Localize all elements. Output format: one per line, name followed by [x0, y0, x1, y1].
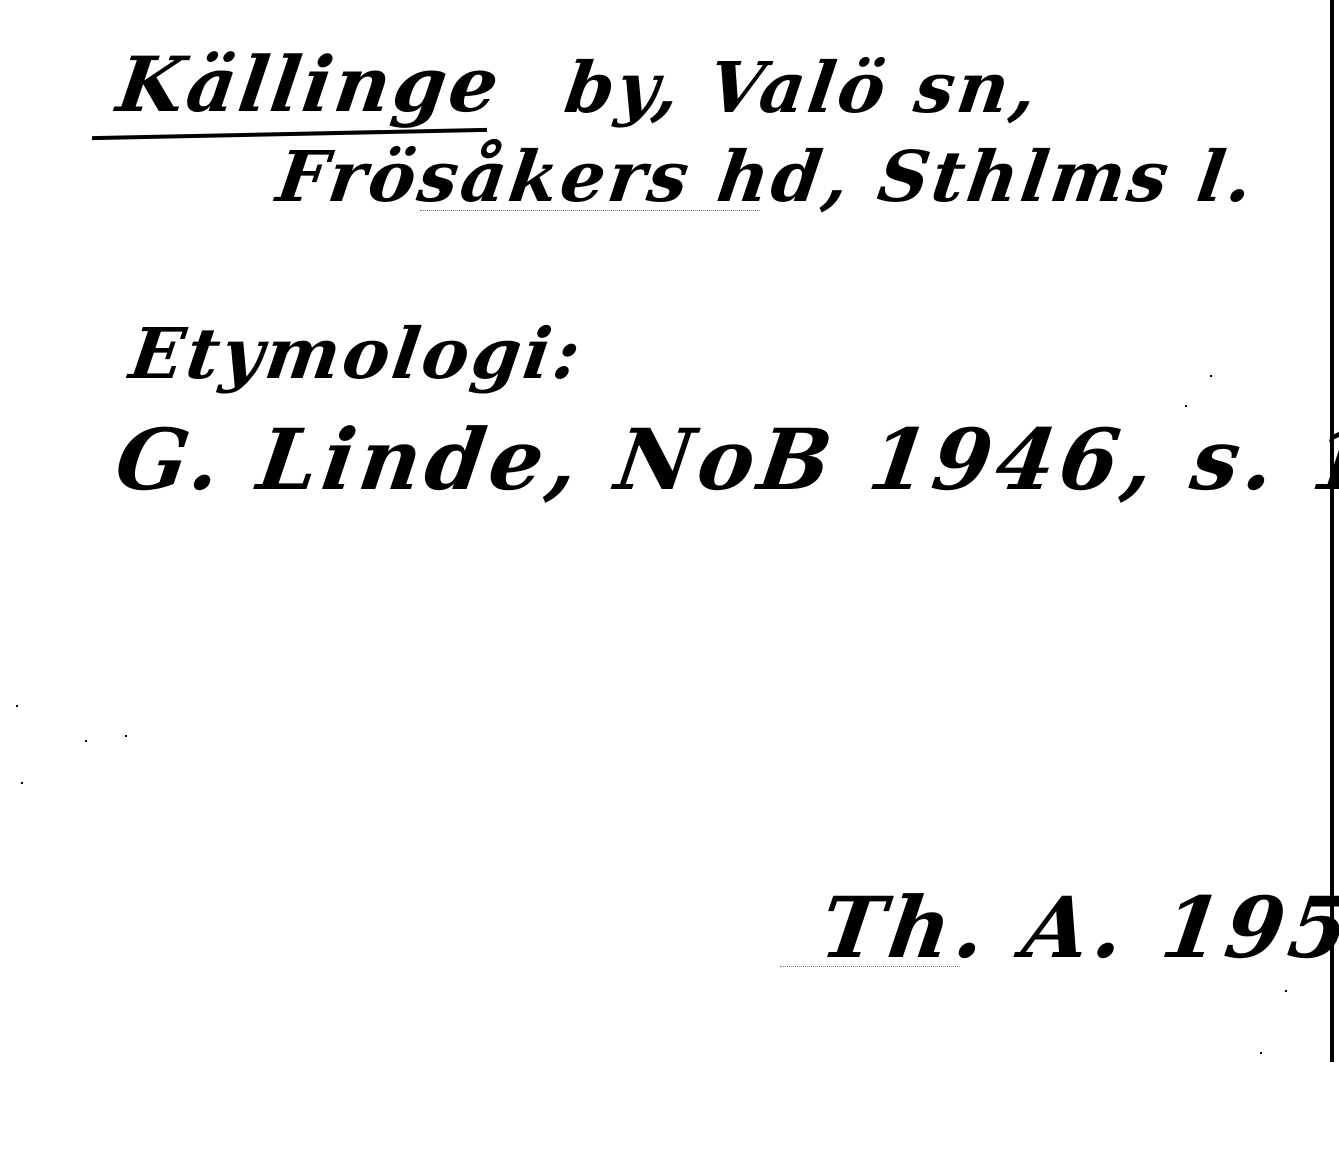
scan-speck	[1210, 375, 1212, 377]
place-name-heading: Källinge	[112, 40, 507, 129]
scan-speck	[1185, 405, 1187, 407]
scan-speck	[125, 735, 127, 737]
scan-speck	[1260, 1052, 1262, 1054]
scan-artifact-dotted-line	[420, 210, 760, 212]
index-card: Källinge by, Valö sn, Frösåkers hd, Sthl…	[0, 0, 1339, 1166]
author-signature-date: Th. A. 1955.	[815, 878, 1339, 977]
scan-speck	[21, 782, 23, 784]
hundred-county-text: Frösåkers hd, Sthlms l.	[272, 135, 1261, 218]
scan-artifact-dotted-line	[780, 966, 960, 968]
literature-reference: G. Linde, NoB 1946, s. 111, 115.	[110, 410, 1339, 509]
scan-speck	[1285, 990, 1287, 992]
settlement-parish-text: by, Valö sn,	[560, 46, 1045, 129]
scan-speck	[16, 705, 18, 707]
scan-speck	[85, 740, 87, 742]
etymology-heading: Etymologi:	[125, 312, 588, 395]
